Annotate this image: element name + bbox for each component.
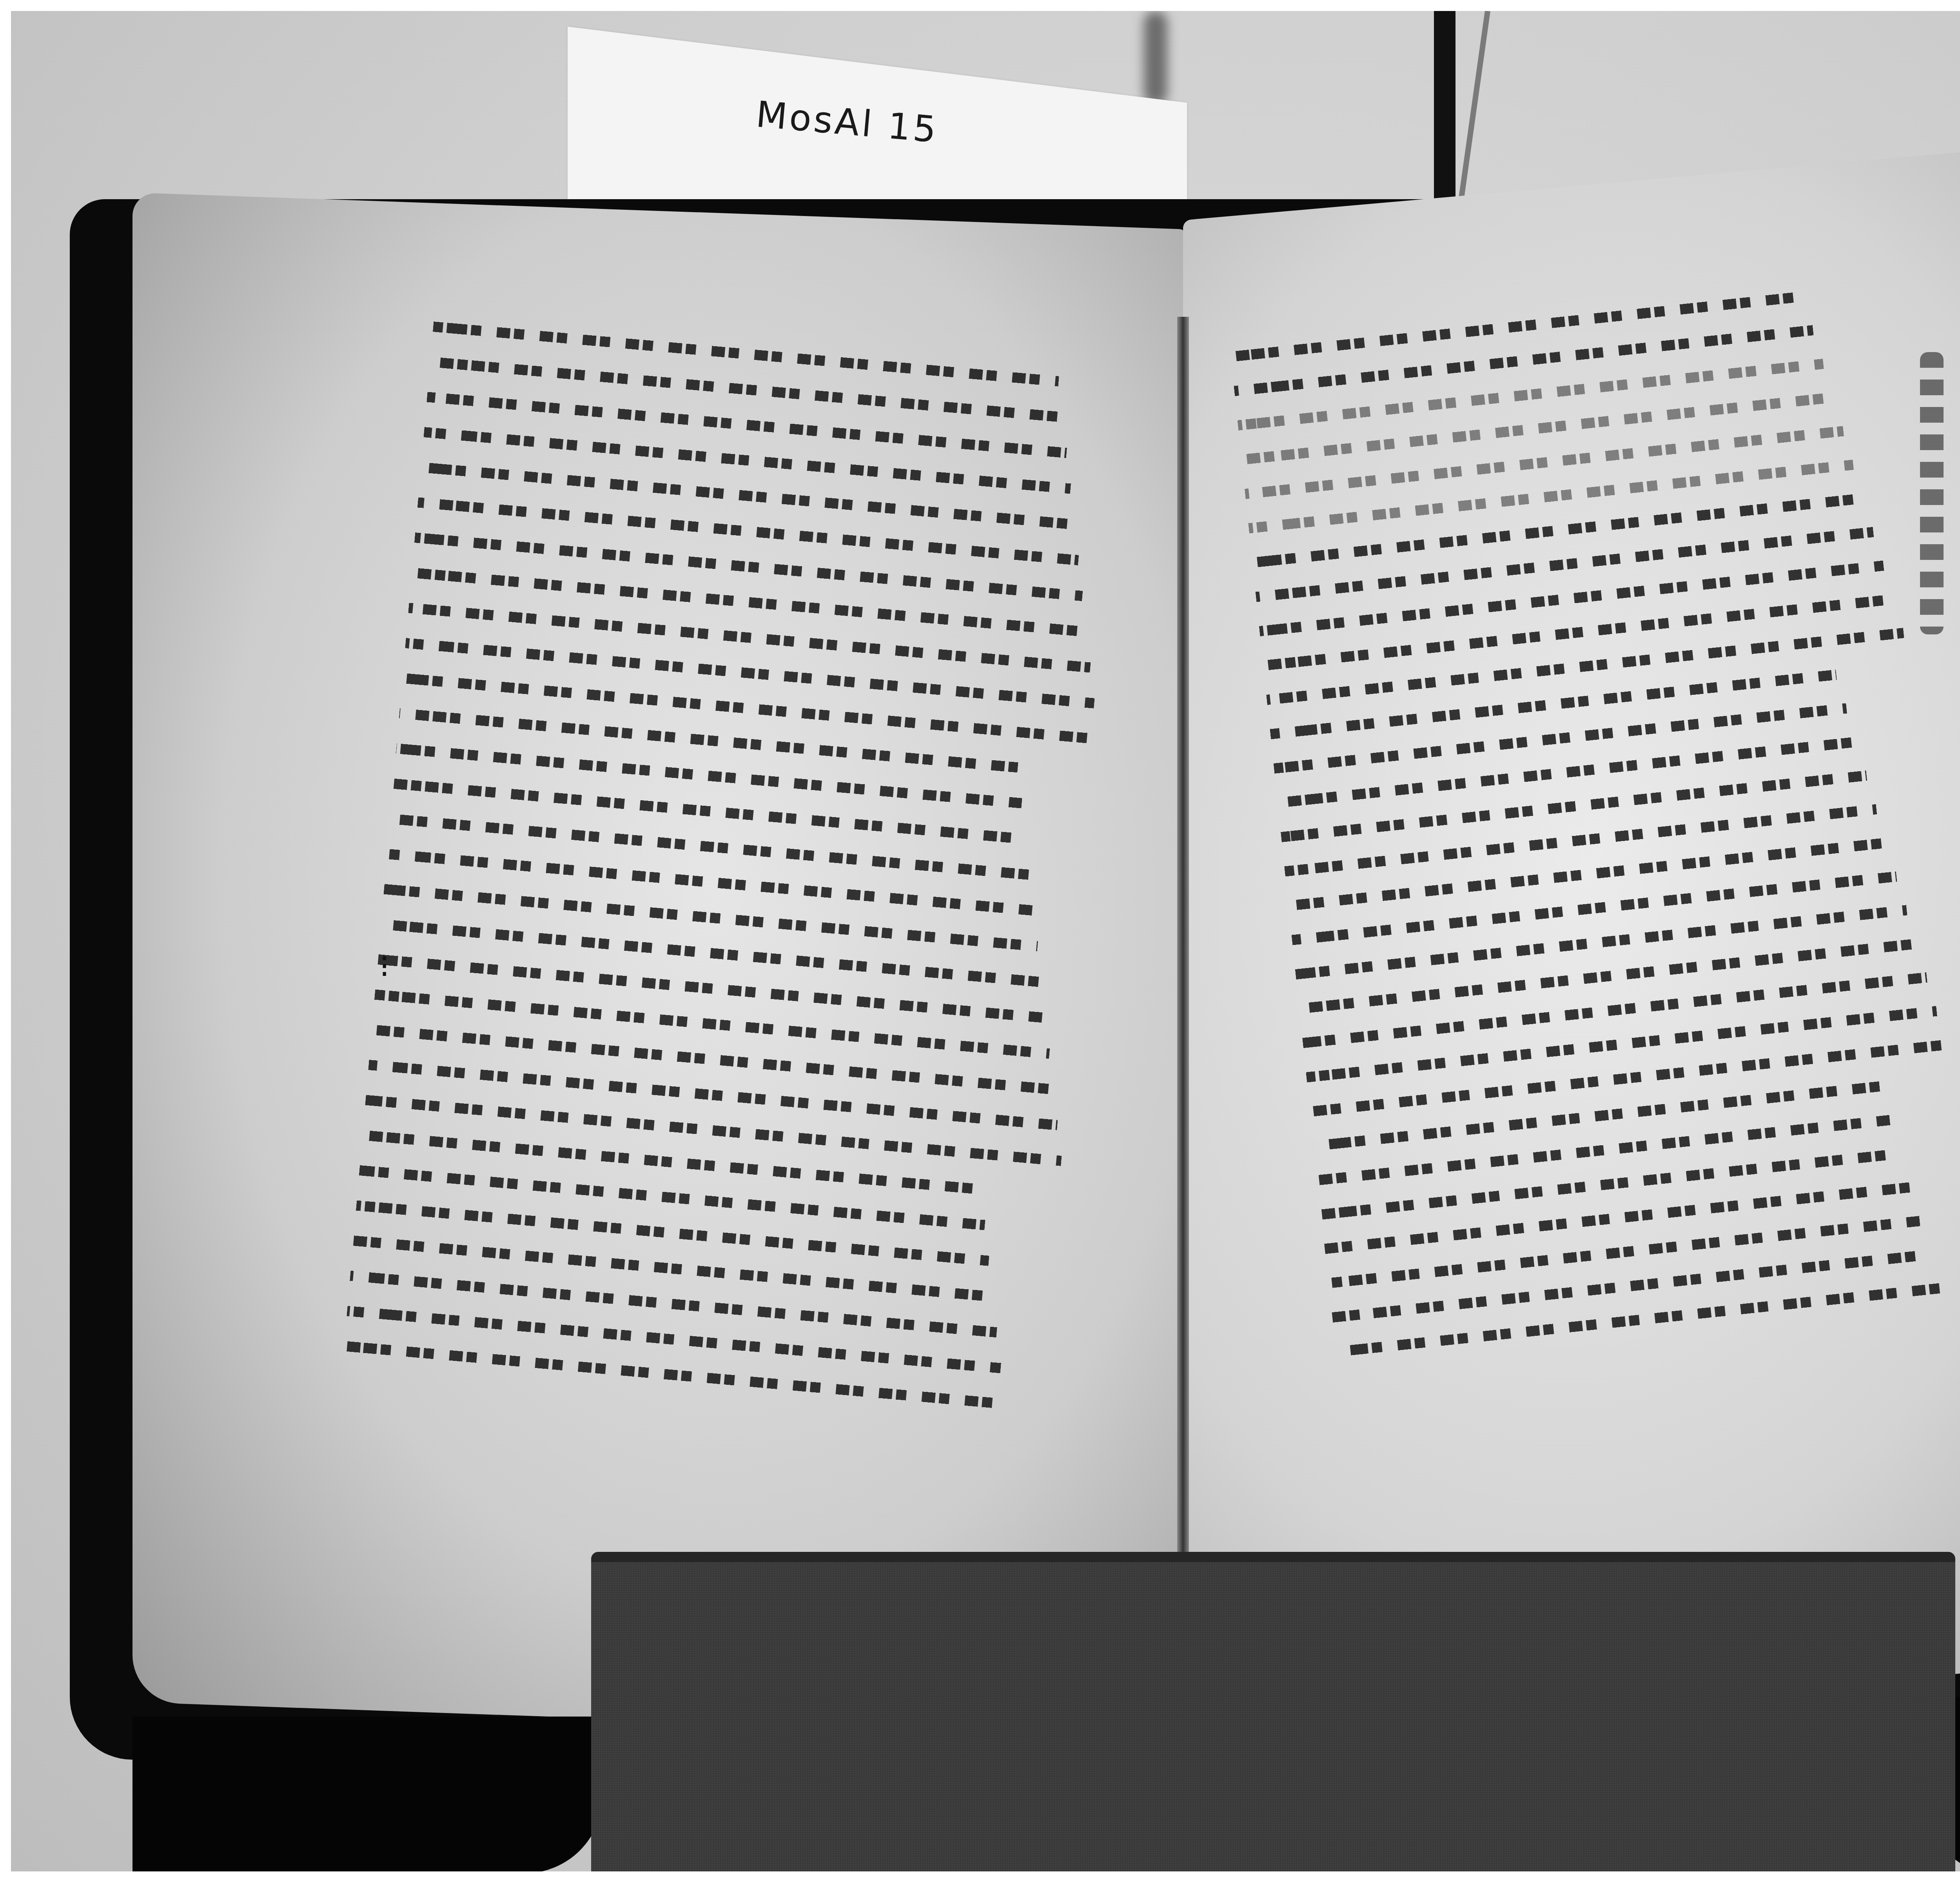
left-section-mark: ⁝ <box>379 948 389 985</box>
manuscript-photo: MosAl 15 :: ⁝ <box>11 11 1960 1871</box>
shadow-left <box>132 1717 603 1871</box>
cloth-book-stand <box>591 1552 1955 1871</box>
left-page-text <box>343 316 1137 1417</box>
background-pole-blurred <box>1144 11 1167 105</box>
background-rod <box>1457 11 1490 213</box>
book-gutter <box>1177 317 1189 1564</box>
right-margin-note <box>1920 352 1944 634</box>
right-page-text <box>1229 278 1960 1361</box>
